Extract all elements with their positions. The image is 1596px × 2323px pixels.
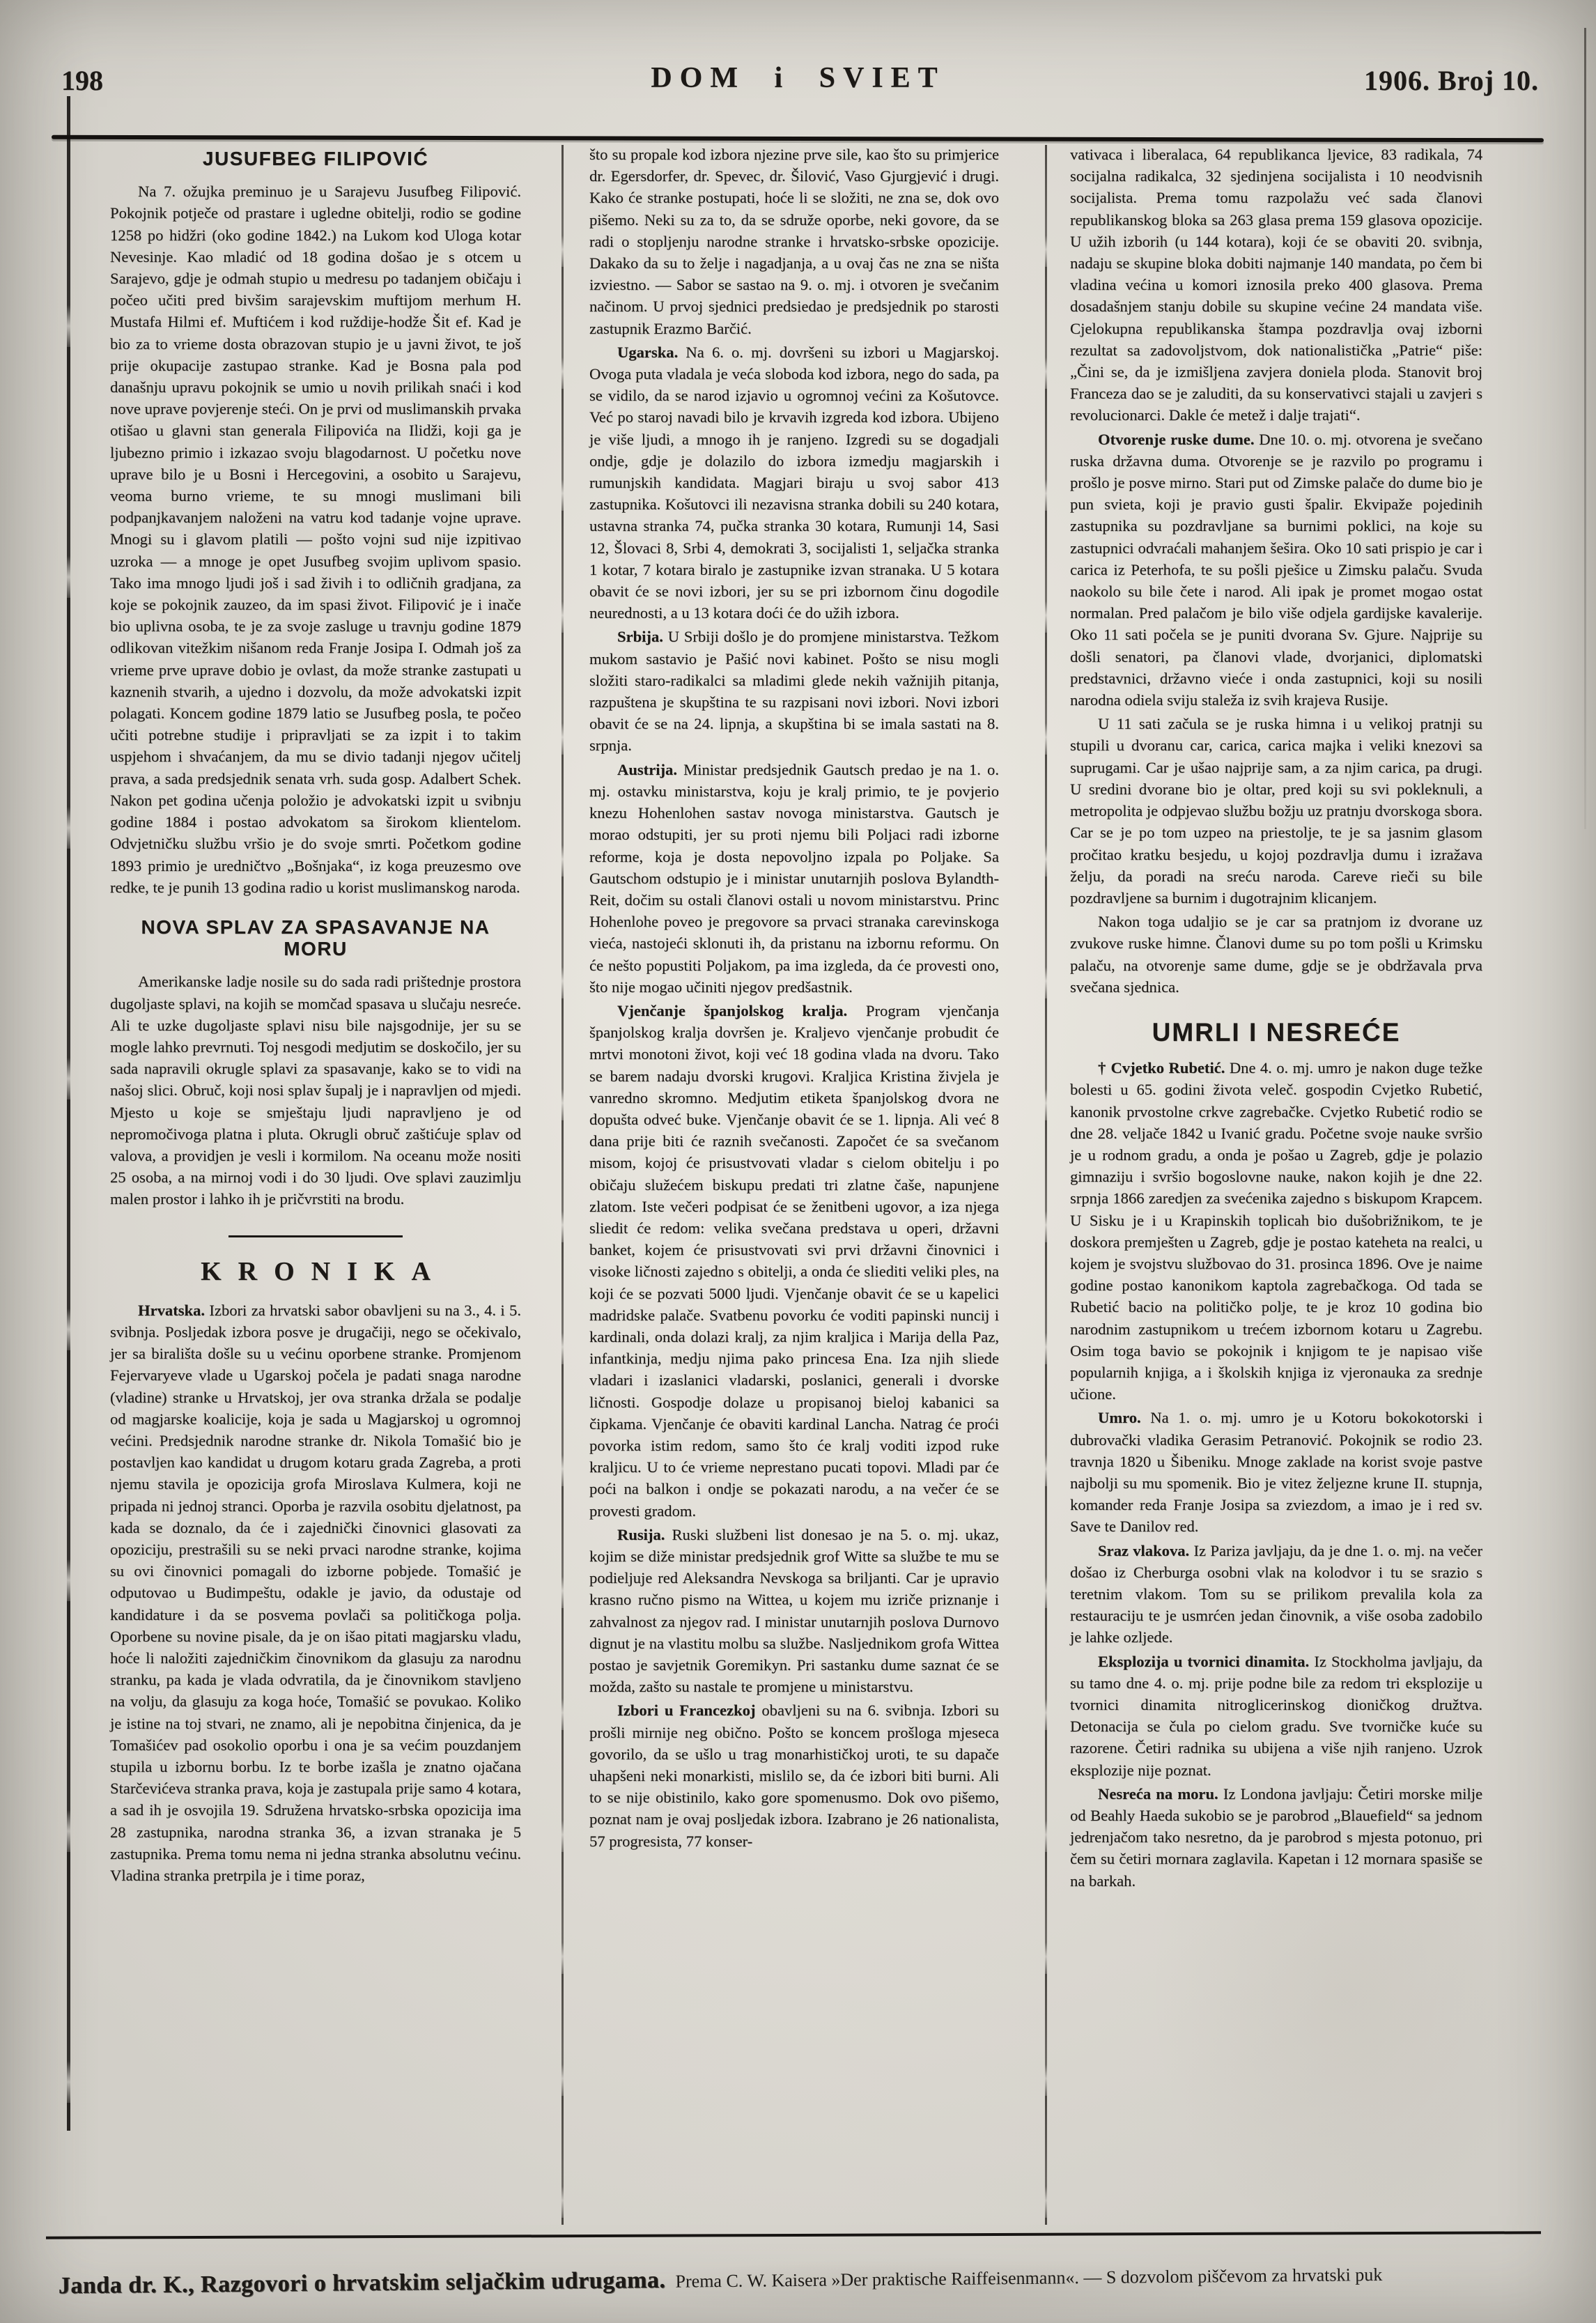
- paragraph: Na 7. ožujka preminuo je u Sarajevu Jusu…: [110, 180, 521, 898]
- paragraph-lead: Umro.: [1098, 1409, 1150, 1426]
- paragraph: Eksplozija u tvornici dinamita. Iz Stock…: [1070, 1651, 1482, 1781]
- paragraph: U 11 sati začula se je ruska himna i u v…: [1070, 713, 1482, 909]
- paragraph-lead: Sraz vlakova.: [1098, 1542, 1194, 1559]
- paragraph: Austrija. Ministar predsjednik Gautsch p…: [589, 759, 999, 998]
- section-heading: NOVA SPLAV ZA SPASAVANJE NA MORU: [110, 916, 521, 959]
- column-separator: [561, 145, 564, 2225]
- paragraph: Sraz vlakova. Iz Pariza javljaju, da je …: [1070, 1540, 1482, 1649]
- header-rule: [52, 135, 1544, 142]
- column-separator: [1045, 145, 1047, 2225]
- paragraph: † Cvjetko Rubetić. Dne 4. o. mj. umro je…: [1070, 1057, 1482, 1405]
- paragraph: Amerikanske ladje nosile su do sada radi…: [110, 971, 521, 1210]
- column-2: što su propale kod izbora njezine prve s…: [589, 144, 999, 1854]
- paragraph: Nesreća na moru. Iz Londona javljaju: Če…: [1070, 1783, 1482, 1892]
- paragraph-lead: Rusija.: [617, 1526, 672, 1543]
- footer-title: Janda dr. K., Razgovori o hrvatskim selj…: [59, 2267, 666, 2299]
- section-heading: JUSUFBEG FILIPOVIĆ: [110, 148, 521, 169]
- paragraph: Rusija. Ruski službeni list donesao je n…: [589, 1524, 999, 1698]
- paragraph: Nakon toga udaljio se je car sa pratnjom…: [1070, 911, 1482, 998]
- paragraph: Hrvatska. Izbori za hrvatski sabor obavl…: [110, 1299, 521, 1886]
- section-heading: KRONIKA: [110, 1261, 521, 1283]
- paragraph-lead: Eksplozija u tvornici dinamita.: [1098, 1653, 1314, 1670]
- issue-info: 1906. Broj 10.: [1364, 64, 1539, 97]
- paragraph: Otvorenje ruske dume. Dne 10. o. mj. otv…: [1070, 429, 1482, 711]
- paragraph: Srbija. U Srbiji došlo je do promjene mi…: [589, 626, 999, 756]
- paragraph-lead: Hrvatska.: [138, 1302, 209, 1319]
- separator-rule: [228, 1235, 403, 1237]
- paragraph-lead: Izbori u Francezkoj: [617, 1701, 761, 1719]
- footer-rule: [46, 2231, 1541, 2239]
- column-3: vativaca i liberalaca, 64 republikanca l…: [1070, 144, 1482, 1894]
- section-heading: UMRLI I NESREĆE: [1070, 1021, 1482, 1043]
- paragraph-lead: Srbija.: [617, 628, 668, 645]
- paragraph-lead: Nesreća na moru.: [1098, 1785, 1223, 1803]
- paragraph: Ugarska. Na 6. o. mj. dovršeni su izbori…: [589, 341, 999, 624]
- scan-edge-line: [1584, 28, 1586, 829]
- paragraph: što su propale kod izbora njezine prve s…: [589, 144, 999, 339]
- paragraph-lead: Vjenčanje španjolskog kralja.: [617, 1002, 866, 1019]
- footer-note: Prema C. W. Kaisera »Der praktische Raif…: [675, 2264, 1382, 2292]
- paragraph: Izbori u Francezkoj obavljeni su na 6. s…: [589, 1699, 999, 1851]
- newspaper-page: 198 DOM i SVIET 1906. Broj 10. JUSUFBEG …: [0, 0, 1596, 2323]
- paragraph: vativaca i liberalaca, 64 republikanca l…: [1070, 144, 1482, 426]
- paragraph-lead: Ugarska.: [617, 344, 685, 361]
- footer-imprint: Janda dr. K., Razgovori o hrvatskim selj…: [59, 2259, 1549, 2300]
- paragraph-lead: Otvorenje ruske dume.: [1098, 431, 1259, 448]
- column-1: JUSUFBEG FILIPOVIĆNa 7. ožujka preminuo …: [110, 144, 521, 1888]
- paragraph-lead: Austrija.: [617, 761, 683, 778]
- scan-gutter-line: [67, 96, 70, 2131]
- paragraph: Vjenčanje španjolskog kralja. Program vj…: [589, 1000, 999, 1522]
- paragraph-lead: † Cvjetko Rubetić.: [1098, 1059, 1230, 1076]
- journal-title: DOM i SVIET: [0, 61, 1596, 95]
- paragraph: Umro. Na 1. o. mj. umro je u Kotoru boko…: [1070, 1407, 1482, 1537]
